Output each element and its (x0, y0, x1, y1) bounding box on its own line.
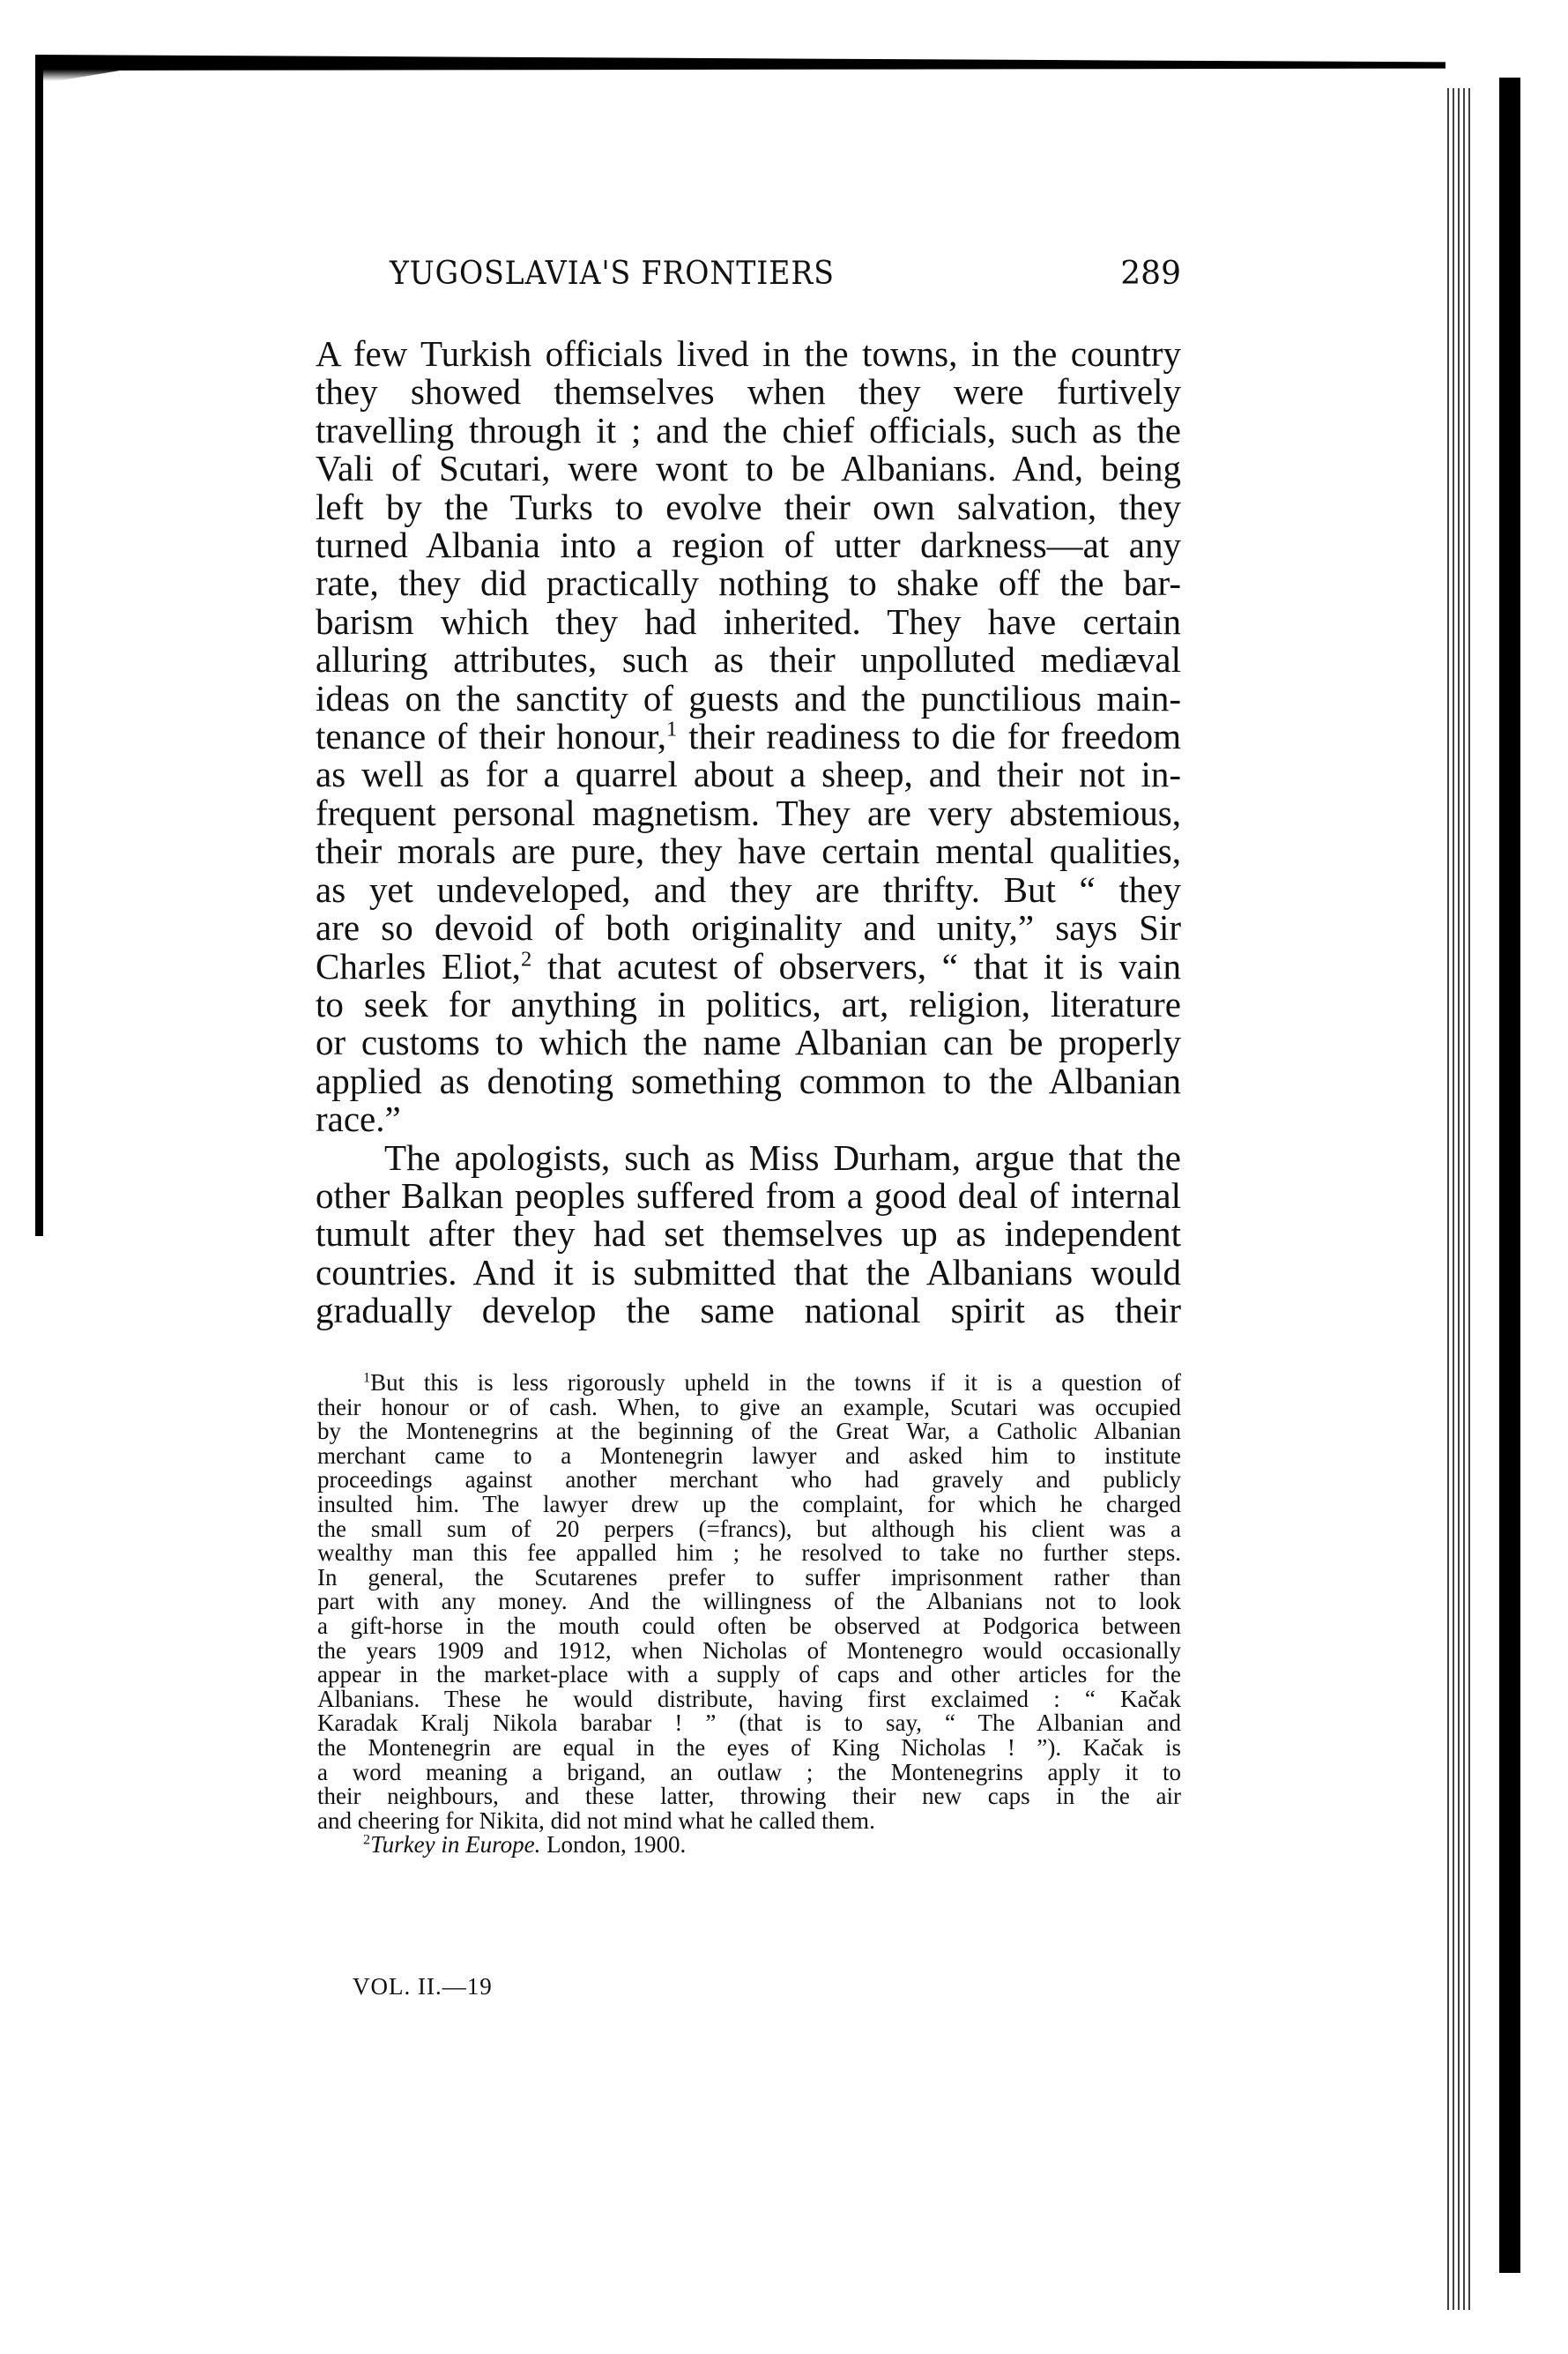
footnote-line: proceedings against another merchant who… (317, 1468, 1181, 1493)
text-line: race.” (316, 1100, 1181, 1138)
footnote-line: appear in the market-place with a supply… (317, 1663, 1181, 1687)
footnote-line: part with any money. And the willingness… (317, 1590, 1181, 1614)
footnote-line: 1But this is less rigorously upheld in t… (317, 1371, 1181, 1396)
text-line: countries. And it is submitted that the … (316, 1254, 1181, 1292)
text-line: they showed themselves when they were fu… (316, 373, 1181, 411)
text-line: ideas on the sanctity of guests and the … (316, 680, 1181, 718)
text-segment: London, 1900. (540, 1831, 686, 1858)
text-segment: that acutest of observers, “ that it is … (531, 946, 1181, 987)
text-line: applied as denoting something common to … (316, 1062, 1181, 1100)
footnote-line: wealthy man this fee appalled him ; he r… (317, 1541, 1181, 1566)
footnote-ref-2[interactable]: 2 (521, 947, 531, 971)
footnote-line: by the Montenegrins at the beginning of … (317, 1419, 1181, 1444)
text-line: barism which they had inherited. They ha… (316, 603, 1181, 641)
running-head: YUGOSLAVIA'S FRONTIERS 289 (317, 256, 1181, 300)
footnote-line: insulted him. The lawyer drew up the com… (317, 1493, 1181, 1517)
text-segment: But this is less rigorously upheld in th… (370, 1369, 1181, 1396)
text-line: turned Albania into a region of utter da… (316, 526, 1181, 564)
footnote-line: In general, the Scutarenes prefer to suf… (317, 1566, 1181, 1590)
page-number: 289 (1120, 256, 1181, 292)
book-page: YUGOSLAVIA'S FRONTIERS 289 A few Turkish… (0, 0, 1568, 2354)
footnote-line: their neighbours, and these latter, thro… (317, 1784, 1181, 1809)
text-line: frequent personal magnetism. They are ve… (316, 794, 1181, 832)
footnote-line: Karadak Kralj Nikola barabar ! ” (that i… (317, 1711, 1181, 1736)
footnote-marker-2: 2 (363, 1832, 370, 1848)
text-line: other Balkan peoples suffered from a goo… (316, 1177, 1181, 1215)
text-line: alluring attributes, such as their unpol… (316, 641, 1181, 679)
text-line: rate, they did practically nothing to sh… (316, 564, 1181, 602)
body-text: A few Turkish officials lived in the tow… (316, 335, 1181, 1330)
text-line: A few Turkish officials lived in the tow… (316, 335, 1181, 373)
footnote-line: the years 1909 and 1912, when Nicholas o… (317, 1639, 1181, 1664)
text-segment: Charles Eliot, (316, 946, 521, 987)
text-line: Vali of Scutari, were wont to be Albania… (316, 450, 1181, 488)
text-line: Charles Eliot,2 that acutest of observer… (316, 948, 1181, 986)
text-segment: their readiness to die for freedom (677, 716, 1181, 756)
footnote-line: merchant came to a Montenegrin lawyer an… (317, 1444, 1181, 1469)
text-line: The apologists, such as Miss Durham, arg… (316, 1139, 1181, 1177)
text-line: travelling through it ; and the chief of… (316, 412, 1181, 450)
footnote-ref-1[interactable]: 1 (666, 717, 677, 741)
text-line: left by the Turks to evolve their own sa… (316, 488, 1181, 526)
signature-mark: VOL. II.—19 (353, 1973, 493, 2000)
text-line: are so devoid of both originality and un… (316, 909, 1181, 947)
text-line: tenance of their honour,1 their readines… (316, 718, 1181, 756)
footnote-line: Albanians. These he would distribute, ha… (317, 1687, 1181, 1712)
footnote-line: and cheering for Nikita, did not mind wh… (317, 1809, 1181, 1834)
footnote-marker-1: 1 (363, 1369, 370, 1385)
cited-work-title: Turkey in Europe. (370, 1831, 540, 1858)
running-head-title: YUGOSLAVIA'S FRONTIERS (390, 256, 835, 292)
footnote-line: a gift-horse in the mouth could often be… (317, 1614, 1181, 1639)
footnote-2: 2Turkey in Europe. London, 1900. (317, 1833, 1181, 1858)
footnote-line: 2Turkey in Europe. London, 1900. (317, 1833, 1181, 1858)
footnote-line: the Montenegrin are equal in the eyes of… (317, 1736, 1181, 1761)
text-line: their morals are pure, they have certain… (316, 832, 1181, 870)
text-line: gradually develop the same national spir… (316, 1292, 1181, 1330)
text-line: as yet undeveloped, and they are thrifty… (316, 871, 1181, 909)
text-line: as well as for a quarrel about a sheep, … (316, 756, 1181, 793)
footnote-line: the small sum of 20 perpers (=francs), b… (317, 1517, 1181, 1542)
paragraph-1: A few Turkish officials lived in the tow… (316, 335, 1181, 1139)
footnote-line: their honour or of cash. When, to give a… (317, 1396, 1181, 1420)
footnote-1: 1But this is less rigorously upheld in t… (317, 1371, 1181, 1833)
paragraph-2: The apologists, such as Miss Durham, arg… (316, 1139, 1181, 1330)
text-line: tumult after they had set themselves up … (316, 1215, 1181, 1253)
text-line: to seek for anything in politics, art, r… (316, 986, 1181, 1024)
text-line: or customs to which the name Albanian ca… (316, 1024, 1181, 1062)
text-segment: tenance of their honour, (316, 716, 666, 756)
footnote-line: a word meaning a brigand, an outlaw ; th… (317, 1761, 1181, 1785)
footnotes: 1But this is less rigorously upheld in t… (317, 1371, 1181, 1858)
